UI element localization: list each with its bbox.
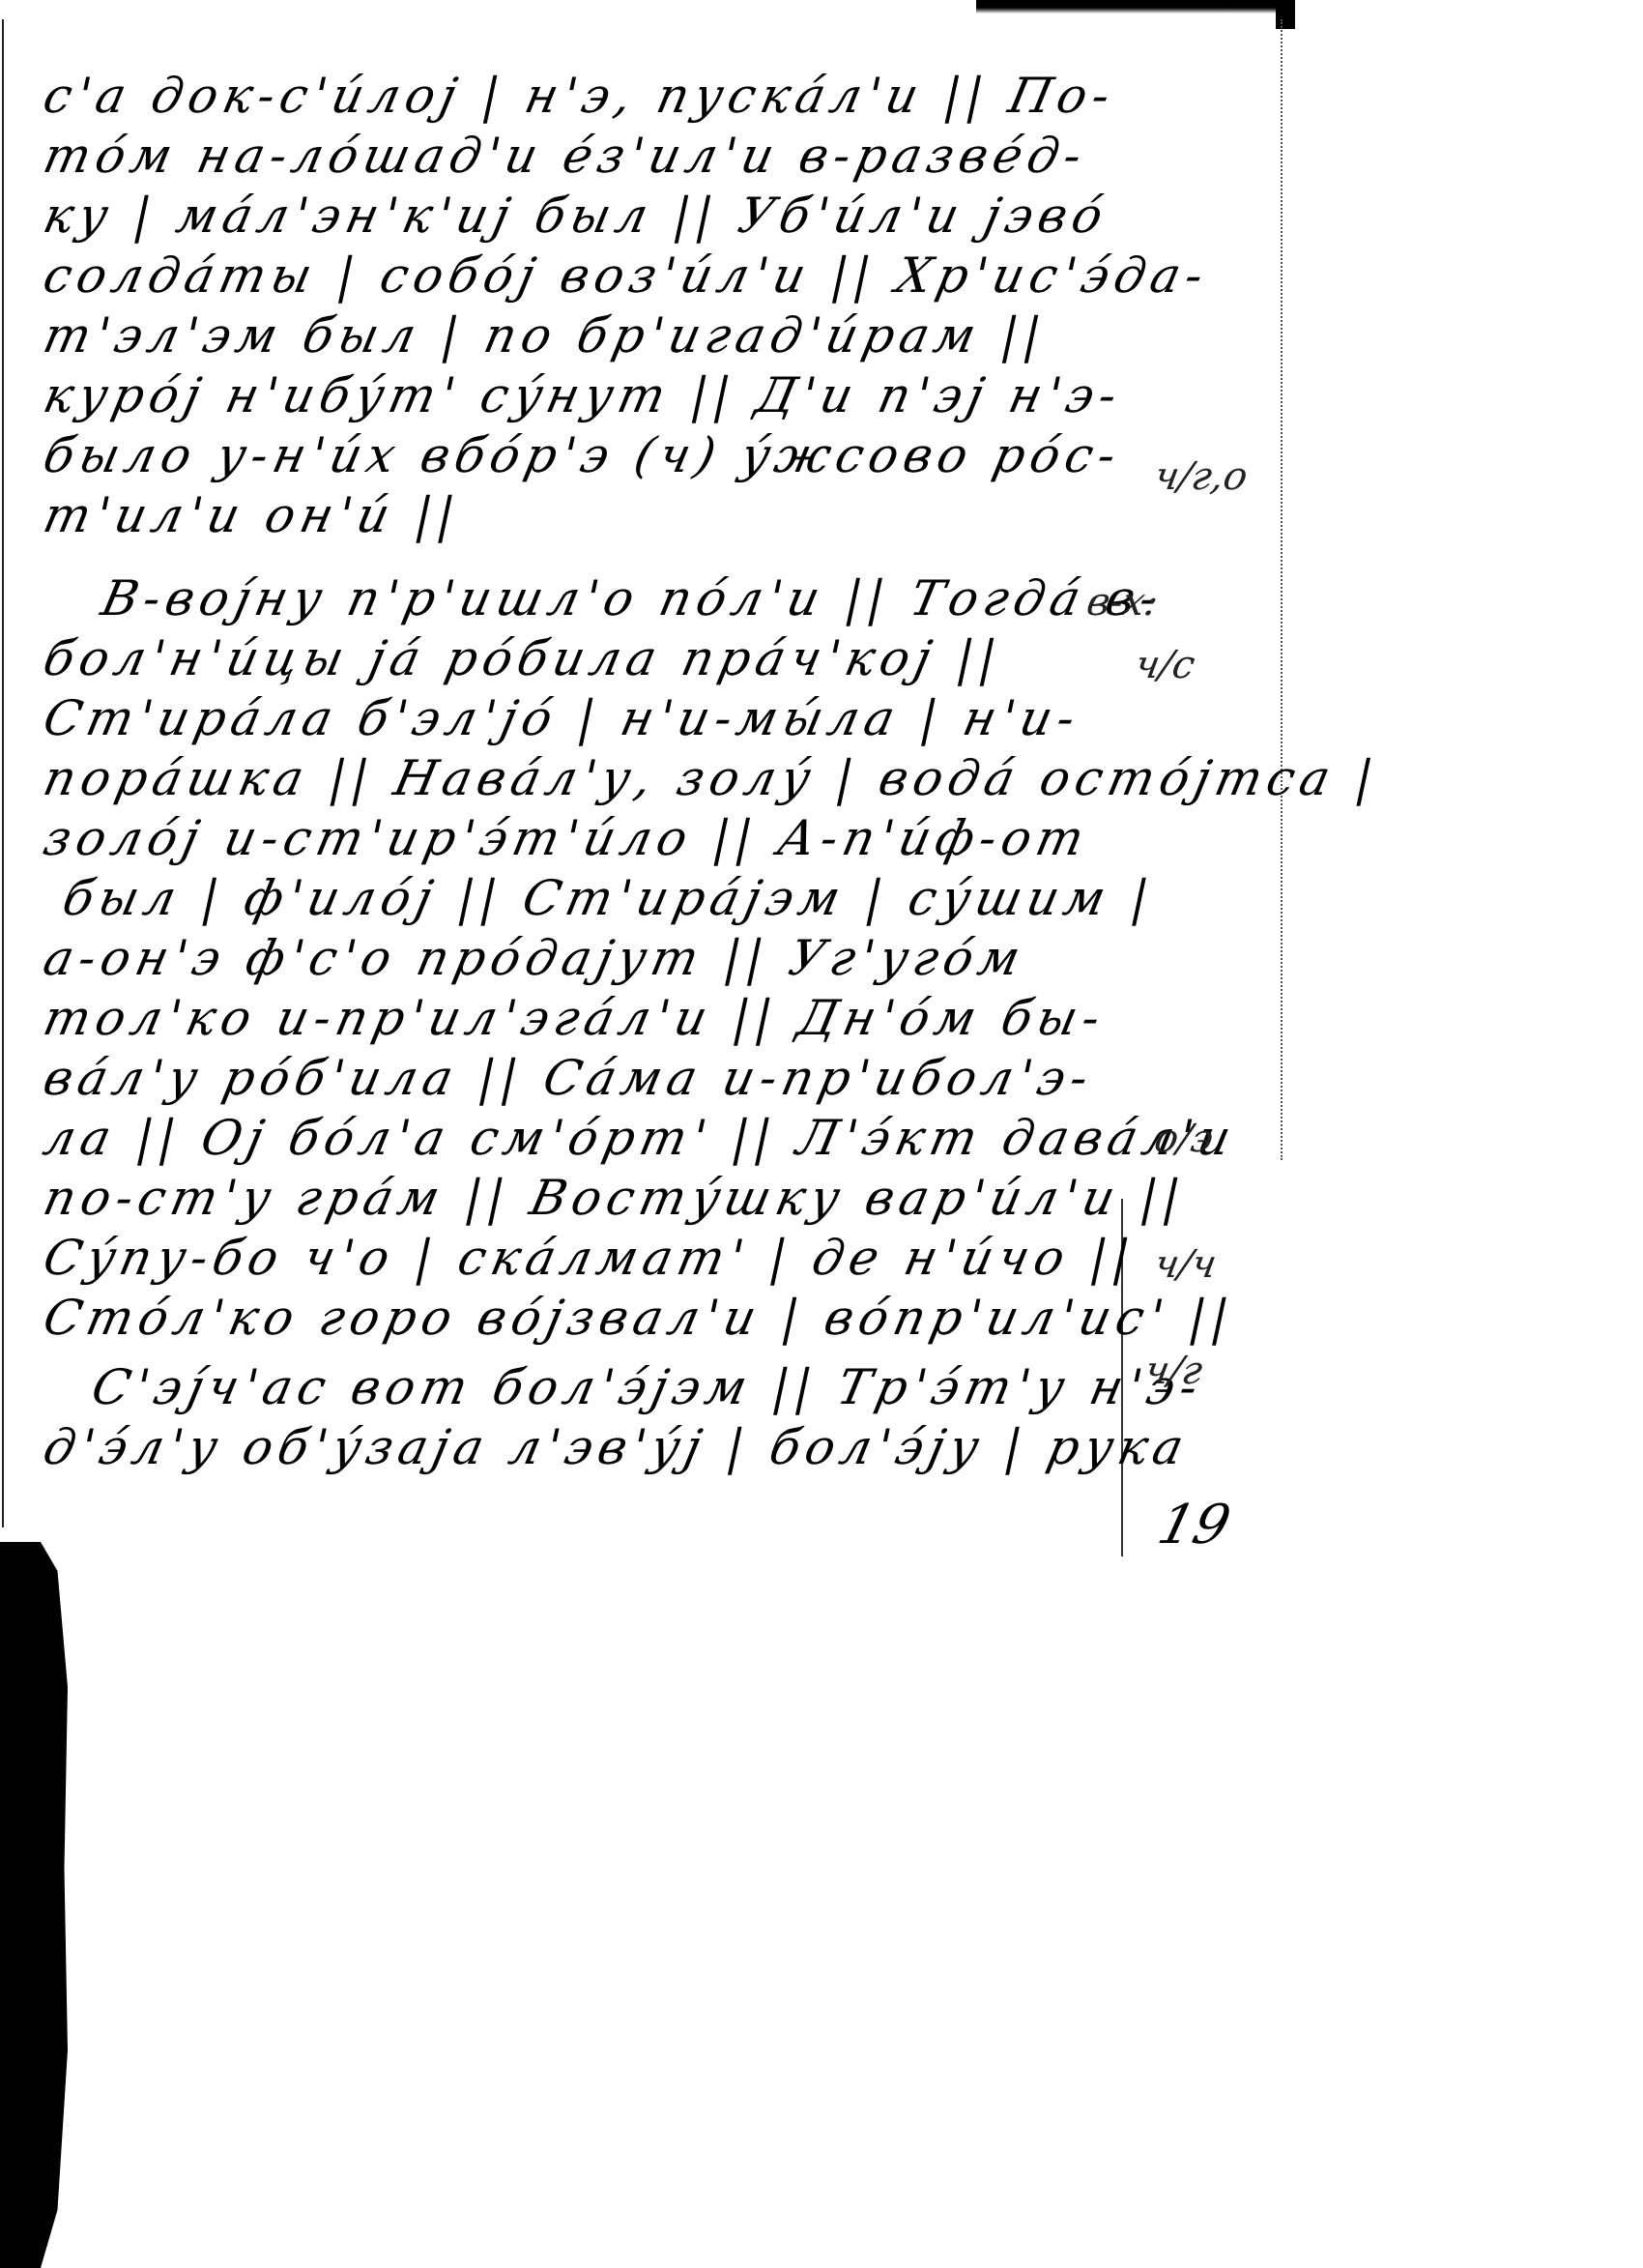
page-number: 19 bbox=[1152, 1494, 1236, 1556]
page-left-edge bbox=[2, 19, 4, 1527]
margin-note: о/э bbox=[1151, 1117, 1217, 1161]
text-line: Ст'ирáла б'эл'јó | н'и-мы́ла | н'и- bbox=[39, 690, 1085, 746]
text-line: Сýпу-бо ч'о | скáлмат' | де н'и́чо || bbox=[39, 1230, 1140, 1286]
scan-shadow bbox=[0, 1542, 68, 2268]
text-line: бол'н'и́цы јá рóбила прáч'кој || bbox=[39, 630, 1007, 686]
margin-note: ч/ч bbox=[1151, 1242, 1220, 1287]
margin-note: ч/г,о bbox=[1151, 454, 1251, 499]
manuscript-page: с'а док-с'и́лој | н'э, пускáл'и || По- т… bbox=[0, 0, 1643, 2268]
margin-note: ч/с bbox=[1132, 643, 1198, 687]
margin-rule bbox=[1281, 19, 1283, 1160]
text-line: д'э́л'у об'у́заја л'эв'у́ј | бол'э́ју | … bbox=[39, 1419, 1195, 1475]
text-line: Стóл'ко горо во́јзвал'и | во́пр'ил'ис' |… bbox=[39, 1290, 1240, 1346]
text-line: курóј н'ибу́т' сýнут || Д'и п'эј н'э- bbox=[39, 367, 1128, 423]
text-line: по-ст'у грáм || Востýшку вар'и́л'и || bbox=[39, 1170, 1191, 1226]
margin-note: ч/г bbox=[1141, 1349, 1206, 1393]
margin-note: в-х: bbox=[1083, 580, 1162, 625]
text-line: с'а док-с'и́лој | н'э, пускáл'и || По- bbox=[39, 68, 1121, 124]
scan-edge-top bbox=[976, 0, 1285, 14]
text-line: т'ил'и он'и́ || bbox=[39, 487, 466, 543]
text-line: т'эл'эм был | по бр'игад'и́рам || bbox=[39, 307, 1052, 363]
text-line: В-вој́ну п'р'ишл'о пóл'и || Тогдá в- bbox=[97, 570, 1168, 626]
text-line: солдáты | собóј воз'и́л'и || Хр'ис'э́да- bbox=[39, 247, 1214, 304]
text-line: было у-н'и́х вбóр'э (ч) у́жсово рóс- bbox=[39, 427, 1127, 483]
text-line: тол'ко и-пр'ил'эгáл'и || Дн'óм бы- bbox=[39, 990, 1110, 1046]
scan-edge-corner bbox=[1276, 0, 1295, 29]
text-line: ла || Ој бóл'а см'óрт' || Л'э́кт давáл'и bbox=[39, 1110, 1242, 1166]
text-line: тóм на-лóшад'и éз'ил'и в-развéд- bbox=[39, 128, 1092, 184]
text-line: С'эј́ч'ас вот бол'э́јэм || Тр'э́т'у н'э- bbox=[87, 1359, 1208, 1415]
text-line: а-он'э ф'с'о прóдајут || Уг'угóм bbox=[39, 930, 1031, 986]
text-line: золóј и-ст'ир'э́т'и́ло || А-п'и́ф-от bbox=[39, 810, 1094, 866]
text-line: вáл'у рóб'ила || Сáма и-пр'ибол'э- bbox=[39, 1050, 1099, 1106]
text-line: ку | мáл'эн'к'иј был || Уб'и́л'и јэвó bbox=[39, 188, 1113, 244]
text-line: порáшка || Навáл'у, золу́ | водá остóјтс… bbox=[39, 750, 1384, 806]
text-line: был | ф'илóј || Ст'ирáјэм | су́шим | bbox=[58, 870, 1160, 926]
